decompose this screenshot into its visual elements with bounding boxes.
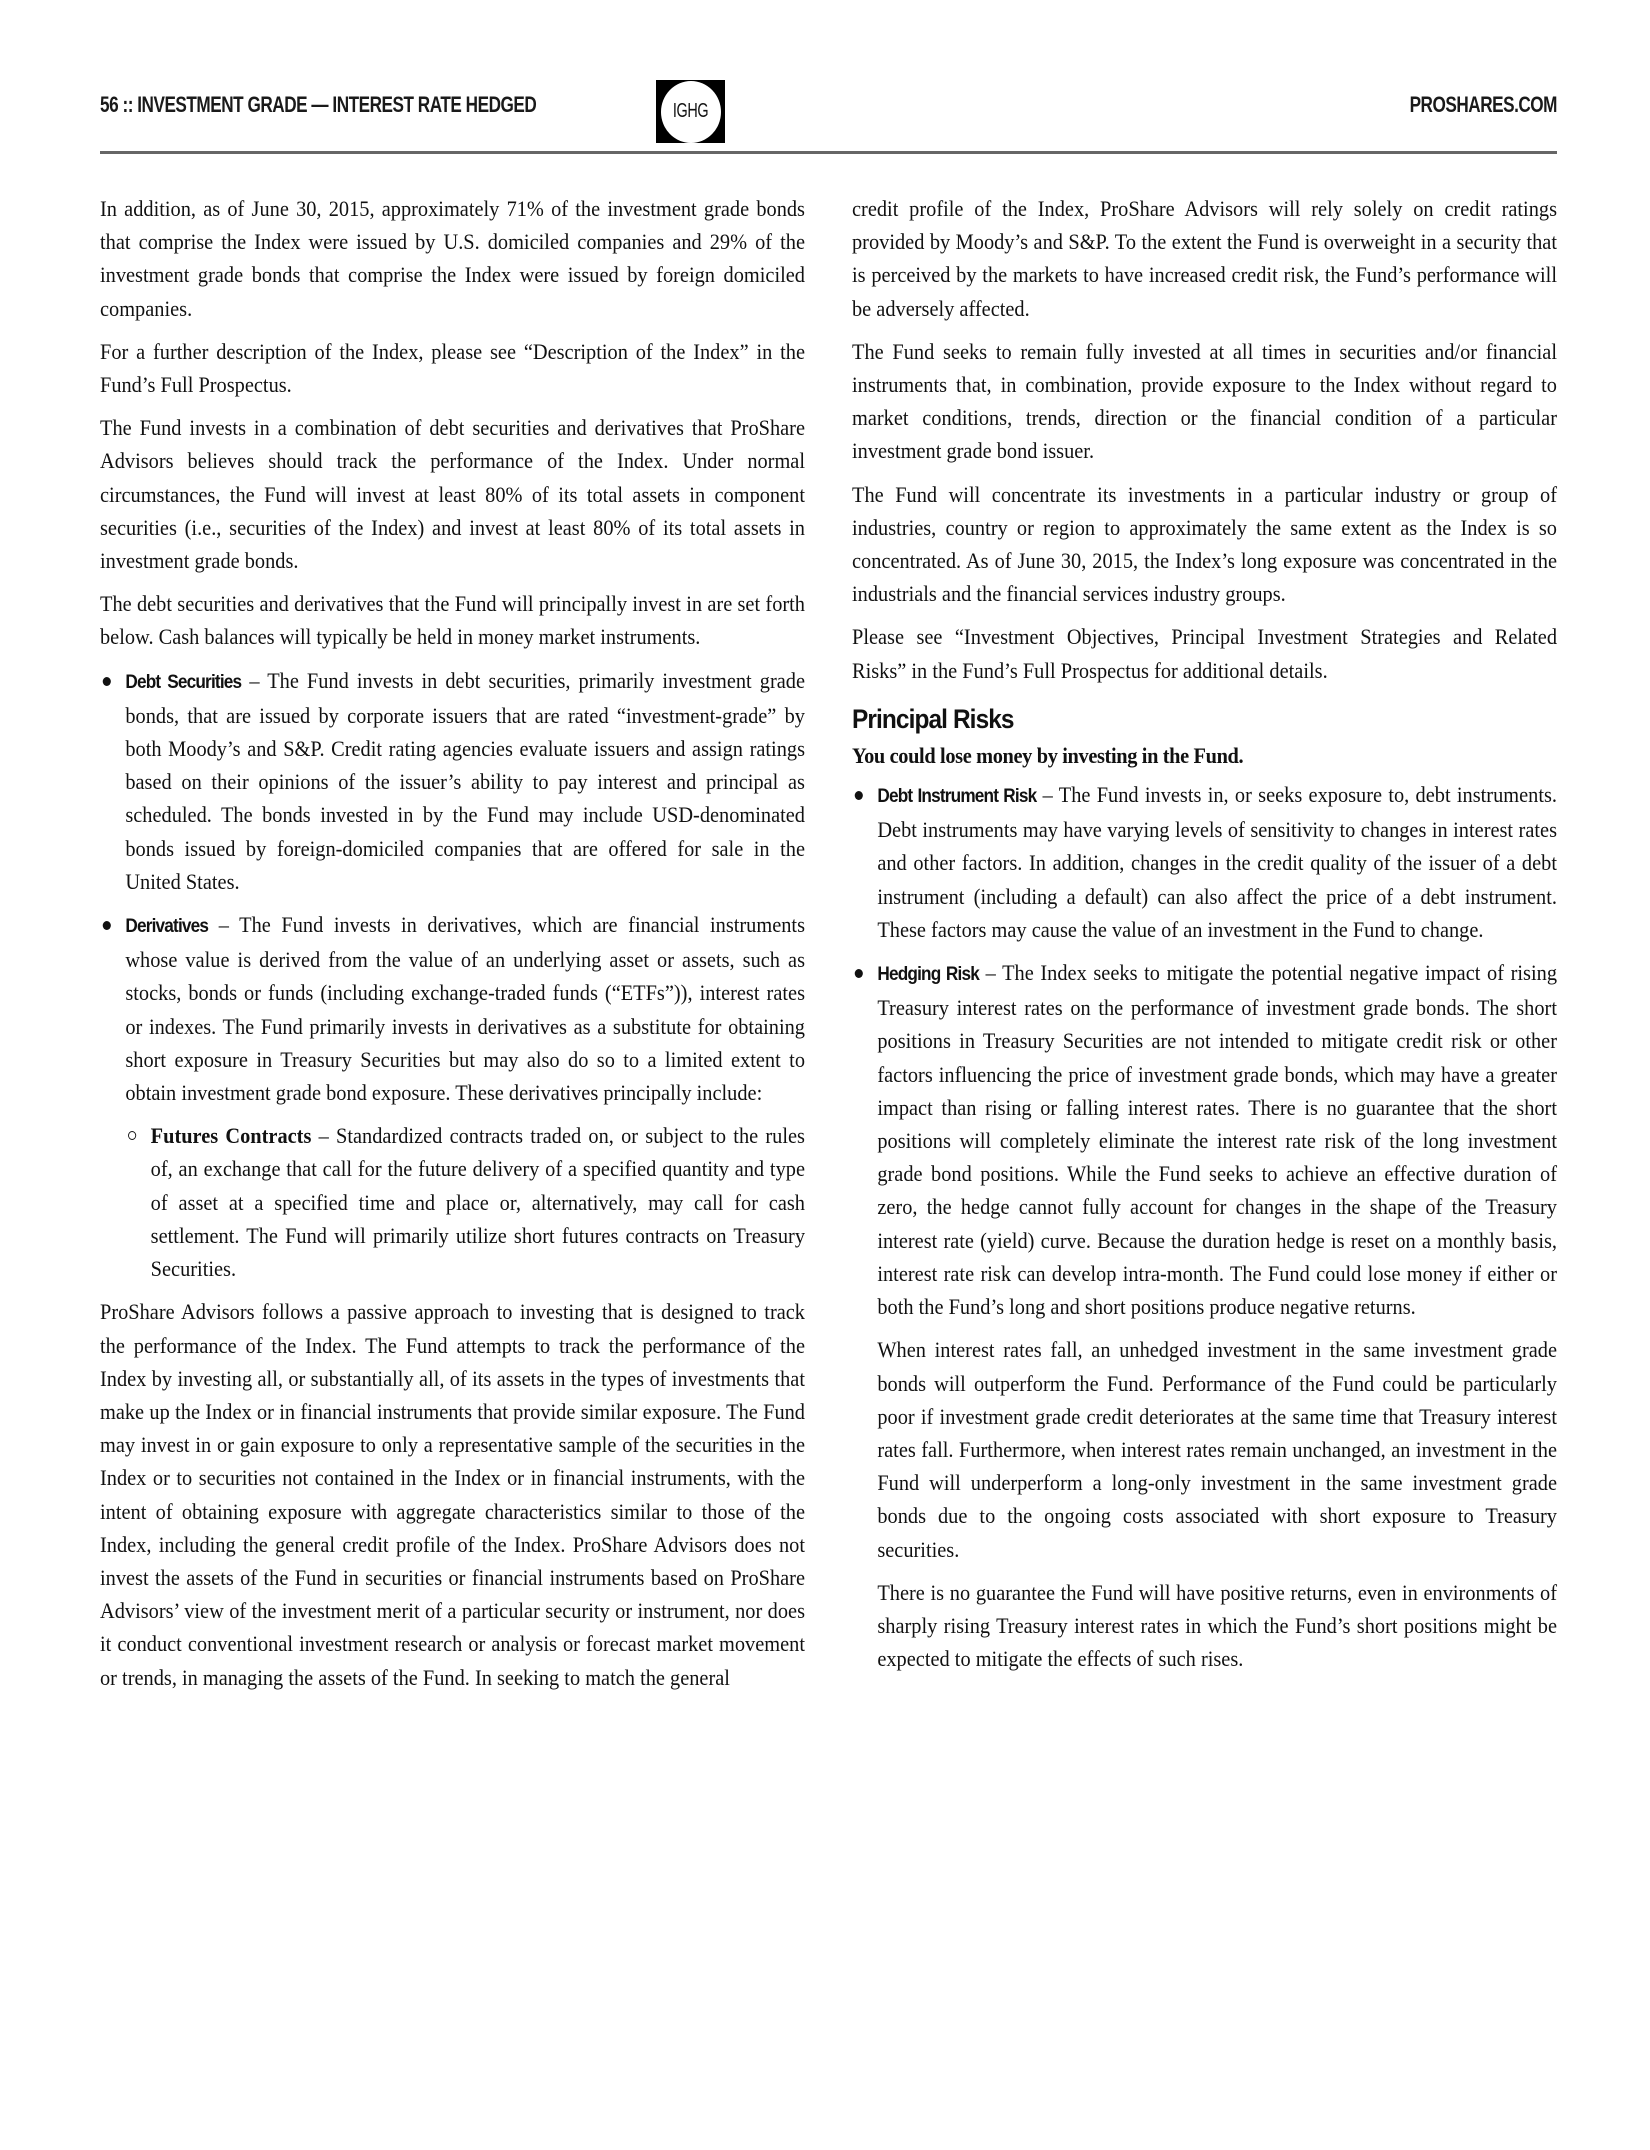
sub-bullet-dash: – — [311, 1123, 336, 1148]
ticker-badge: IGHG — [656, 80, 725, 143]
risk-dash: – — [1036, 782, 1058, 807]
bullet-icon — [103, 677, 111, 686]
page-header: 56 :: INVESTMENT GRADE — INTEREST RATE H… — [100, 80, 1557, 144]
risk-term: Hedging Risk — [877, 964, 979, 985]
paragraph-fund-investments: The Fund invests in a combination of deb… — [100, 411, 805, 577]
header-rule-divider — [100, 151, 1557, 154]
bullet-text: The Fund invests in debt securities, pri… — [125, 668, 805, 894]
sub-bullet-futures-contracts: Futures Contracts – Standardized contrac… — [125, 1119, 805, 1285]
bullet-debt-securities: Debt Securities – The Fund invests in de… — [100, 664, 805, 898]
sub-bullet-term: Futures Contracts — [151, 1123, 312, 1148]
risk-dash: – — [979, 960, 1002, 985]
bullet-icon — [103, 921, 111, 930]
ticker-badge-label: IGHG — [673, 100, 708, 123]
paragraph-no-guarantee: There is no guarantee the Fund will have… — [852, 1576, 1557, 1676]
page-number: 56 — [100, 92, 118, 117]
risk-text: The Index seeks to mitigate the potentia… — [877, 960, 1557, 1319]
bullet-term: Debt Securities — [125, 672, 241, 693]
risk-hedging: Hedging Risk – The Index seeks to mitiga… — [852, 956, 1557, 1323]
bullet-derivatives: Derivatives – The Fund invests in deriva… — [100, 908, 805, 1109]
bullet-icon — [855, 791, 863, 800]
site-url: PROSHARES.COM — [1410, 92, 1557, 118]
section-subheading-lose-money: You could lose money by investing in the… — [852, 739, 1557, 772]
paragraph-rates-fall: When interest rates fall, an unhedged in… — [852, 1333, 1557, 1565]
running-head: 56 :: INVESTMENT GRADE — INTEREST RATE H… — [100, 92, 536, 118]
risk-debt-instrument: Debt Instrument Risk – The Fund invests … — [852, 778, 1557, 946]
running-head-separator: :: — [122, 92, 137, 117]
paragraph-credit-profile: credit profile of the Index, ProShare Ad… — [852, 192, 1557, 325]
running-head-title: INVESTMENT GRADE — INTEREST RATE HEDGED — [137, 92, 536, 117]
left-column: In addition, as of June 30, 2015, approx… — [100, 192, 805, 1704]
bullet-icon — [855, 969, 863, 978]
hollow-bullet-icon — [128, 1131, 136, 1140]
bullet-term: Derivatives — [125, 916, 208, 937]
ticker-badge-circle-icon: IGHG — [661, 81, 721, 143]
paragraph-prospectus-ref: Please see “Investment Objectives, Princ… — [852, 620, 1557, 686]
right-column: credit profile of the Index, ProShare Ad… — [852, 192, 1557, 1685]
bullet-dash: – — [241, 668, 267, 693]
paragraph-index-description-ref: For a further description of the Index, … — [100, 335, 805, 401]
paragraph-passive-approach: ProShare Advisors follows a passive appr… — [100, 1295, 805, 1693]
paragraph-concentration: The Fund will concentrate its investment… — [852, 478, 1557, 611]
risk-term: Debt Instrument Risk — [877, 786, 1036, 807]
section-heading-principal-risks: Principal Risks — [852, 701, 1557, 737]
paragraph-index-domicile: In addition, as of June 30, 2015, approx… — [100, 192, 805, 325]
bullet-text: The Fund invests in derivatives, which a… — [125, 912, 805, 1105]
paragraph-principal-investments: The debt securities and derivatives that… — [100, 587, 805, 653]
bullet-dash: – — [208, 912, 239, 937]
paragraph-fully-invested: The Fund seeks to remain fully invested … — [852, 335, 1557, 468]
